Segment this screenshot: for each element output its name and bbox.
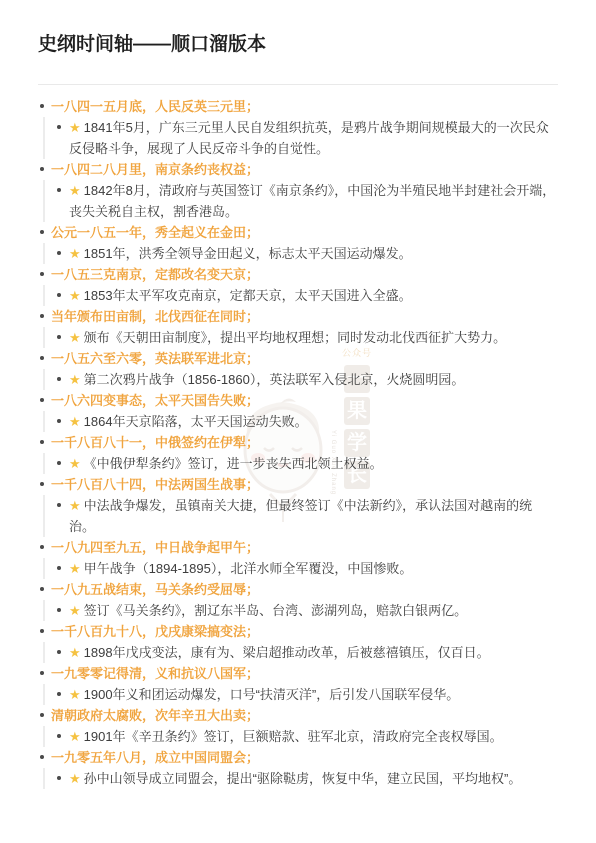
detail-content: ★第二次鸦片战争（1856-1860），英法联军入侵北京，火烧圆明园。 [56,369,558,390]
rhyme-row: 清朝政府太腐败，次年辛丑大出卖； [38,705,558,726]
detail-row: ★1841年5月，广东三元里人民自发组织抗英，是鸦片战争期间规模最大的一次民众反… [43,117,558,159]
detail-row: ★1851年，洪秀全领导金田起义，标志太平天国运动爆发。 [43,243,558,264]
rhyme-row: 当年颁布田亩制，北伐西征在同时； [38,306,558,327]
bullet-icon [57,419,61,423]
document-page: 公众号 一果学长 Yi Guo Xue Zhang 史纲时间轴——顺口溜版本 一… [0,0,596,843]
star-icon: ★ [69,498,81,513]
detail-text: 1898年戊戌变法，康有为、梁启超推动改革，后被慈禧镇压，仅百日。 [84,645,490,660]
detail-content: ★颁布《天朝田亩制度》，提出平均地权理想；同时发动北伐西征扩大势力。 [56,327,558,348]
bullet-icon [57,692,61,696]
divider [38,84,558,85]
bullet-icon [57,776,61,780]
rhyme-text: 一千八百八十四，中法两国生战事； [51,477,259,492]
detail-content: ★中法战争爆发，虽镇南关大捷，但最终签订《中法新约》，承认法国对越南的统治。 [56,495,558,537]
timeline-item: 一千八百八十四，中法两国生战事； ★中法战争爆发，虽镇南关大捷，但最终签订《中法… [38,474,558,537]
detail-content: ★甲午战争（1894-1895），北洋水师全军覆没，中国惨败。 [56,558,558,579]
star-icon: ★ [69,603,81,618]
rhyme-text: 一八九五战结束，马关条约受屈辱； [51,582,259,597]
star-icon: ★ [69,561,81,576]
rhyme-row: 一八六四变事态，太平天国告失败； [38,390,558,411]
bullet-icon [57,251,61,255]
bullet-icon [40,167,44,171]
detail-row: ★1900年义和团运动爆发，口号“扶清灭洋”，后引发八国联军侵华。 [43,684,558,705]
timeline-item: 一九零零记得清，义和抗议八国军； ★1900年义和团运动爆发，口号“扶清灭洋”，… [38,663,558,705]
detail-content: ★1900年义和团运动爆发，口号“扶清灭洋”，后引发八国联军侵华。 [56,684,558,705]
timeline-list: 一八四一五月底，人民反英三元里； ★1841年5月，广东三元里人民自发组织抗英，… [38,96,558,789]
rhyme-row: 一八九五战结束，马关条约受屈辱； [38,579,558,600]
timeline-item: 一八五三克南京，定都改名变天京； ★1853年太平军攻克南京，定都天京，太平天国… [38,264,558,306]
bullet-icon [57,608,61,612]
detail-row: ★1842年8月，清政府与英国签订《南京条约》，中国沦为半殖民地半封建社会开端，… [43,180,558,222]
detail-text: 中法战争爆发，虽镇南关大捷，但最终签订《中法新约》，承认法国对越南的统治。 [69,498,532,534]
timeline-item: 公元一八五一年，秀全起义在金田； ★1851年，洪秀全领导金田起义，标志太平天国… [38,222,558,264]
timeline-item: 一九零五年八月，成立中国同盟会； ★孙中山领导成立同盟会，提出“驱除鞑虏，恢复中… [38,747,558,789]
detail-text: 签订《马关条约》，割辽东半岛、台湾、澎湖列岛，赔款白银两亿。 [84,603,468,618]
page-title: 史纲时间轴——顺口溜版本 [38,32,558,58]
detail-text: 甲午战争（1894-1895），北洋水师全军覆没，中国惨败。 [84,561,413,576]
bullet-icon [40,272,44,276]
detail-content: ★1851年，洪秀全领导金田起义，标志太平天国运动爆发。 [56,243,558,264]
star-icon: ★ [69,645,81,660]
star-icon: ★ [69,288,81,303]
detail-content: ★1898年戊戌变法，康有为、梁启超推动改革，后被慈禧镇压，仅百日。 [56,642,558,663]
rhyme-text: 一九零五年八月，成立中国同盟会； [51,750,259,765]
rhyme-row: 一九零零记得清，义和抗议八国军； [38,663,558,684]
star-icon: ★ [69,246,81,261]
detail-text: 1900年义和团运动爆发，口号“扶清灭洋”，后引发八国联军侵华。 [84,687,460,702]
rhyme-text: 一九零零记得清，义和抗议八国军； [51,666,259,681]
bullet-icon [40,713,44,717]
timeline-item: 清朝政府太腐败，次年辛丑大出卖； ★1901年《辛丑条约》签订，巨额赔款、驻军北… [38,705,558,747]
bullet-icon [40,671,44,675]
detail-row: ★《中俄伊犁条约》签订，进一步丧失西北领土权益。 [43,453,558,474]
rhyme-row: 一千八百八十一，中俄签约在伊犁； [38,432,558,453]
detail-text: 颁布《天朝田亩制度》，提出平均地权理想；同时发动北伐西征扩大势力。 [84,330,507,345]
timeline-item: 一八四一五月底，人民反英三元里； ★1841年5月，广东三元里人民自发组织抗英，… [38,96,558,159]
rhyme-row: 一八四二八月里，南京条约丧权益； [38,159,558,180]
detail-text: 1841年5月，广东三元里人民自发组织抗英，是鸦片战争期间规模最大的一次民众反侵… [69,120,549,156]
detail-content: ★1842年8月，清政府与英国签订《南京条约》，中国沦为半殖民地半封建社会开端，… [56,180,558,222]
detail-text: 1901年《辛丑条约》签订，巨额赔款、驻军北京，清政府完全丧权辱国。 [84,729,503,744]
detail-row: ★1864年天京陷落，太平天国运动失败。 [43,411,558,432]
timeline-item: 一八四二八月里，南京条约丧权益； ★1842年8月，清政府与英国签订《南京条约》… [38,159,558,222]
timeline-item: 一千八百八十一，中俄签约在伊犁； ★《中俄伊犁条约》签订，进一步丧失西北领土权益… [38,432,558,474]
bullet-icon [40,104,44,108]
detail-row: ★1853年太平军攻克南京，定都天京，太平天国进入全盛。 [43,285,558,306]
bullet-icon [57,461,61,465]
star-icon: ★ [69,456,81,471]
star-icon: ★ [69,414,81,429]
detail-text: 1842年8月，清政府与英国签订《南京条约》，中国沦为半殖民地半封建社会开端，丧… [69,183,555,219]
rhyme-text: 一八四一五月底，人民反英三元里； [51,99,259,114]
detail-text: 第二次鸦片战争（1856-1860），英法联军入侵北京，火烧圆明园。 [84,372,465,387]
detail-row: ★颁布《天朝田亩制度》，提出平均地权理想；同时发动北伐西征扩大势力。 [43,327,558,348]
bullet-icon [57,188,61,192]
detail-content: ★1841年5月，广东三元里人民自发组织抗英，是鸦片战争期间规模最大的一次民众反… [56,117,558,159]
timeline-item: 当年颁布田亩制，北伐西征在同时； ★颁布《天朝田亩制度》，提出平均地权理想；同时… [38,306,558,348]
rhyme-text: 公元一八五一年，秀全起义在金田； [51,225,259,240]
bullet-icon [40,755,44,759]
detail-text: 1851年，洪秀全领导金田起义，标志太平天国运动爆发。 [84,246,412,261]
star-icon: ★ [69,120,81,135]
bullet-icon [40,629,44,633]
rhyme-text: 当年颁布田亩制，北伐西征在同时； [51,309,259,324]
document-content: 史纲时间轴——顺口溜版本 一八四一五月底，人民反英三元里； ★1841年5月，广… [0,0,596,789]
detail-row: ★孙中山领导成立同盟会，提出“驱除鞑虏，恢复中华，建立民国，平均地权”。 [43,768,558,789]
detail-row: ★第二次鸦片战争（1856-1860），英法联军入侵北京，火烧圆明园。 [43,369,558,390]
bullet-icon [57,335,61,339]
detail-content: ★1864年天京陷落，太平天国运动失败。 [56,411,558,432]
detail-content: ★1901年《辛丑条约》签订，巨额赔款、驻军北京，清政府完全丧权辱国。 [56,726,558,747]
rhyme-row: 公元一八五一年，秀全起义在金田； [38,222,558,243]
star-icon: ★ [69,330,81,345]
rhyme-text: 清朝政府太腐败，次年辛丑大出卖； [51,708,259,723]
bullet-icon [40,314,44,318]
star-icon: ★ [69,183,81,198]
detail-text: 孙中山领导成立同盟会，提出“驱除鞑虏，恢复中华，建立民国，平均地权”。 [84,771,522,786]
star-icon: ★ [69,372,81,387]
bullet-icon [40,482,44,486]
bullet-icon [40,356,44,360]
bullet-icon [57,503,61,507]
timeline-item: 一八五六至六零，英法联军进北京； ★第二次鸦片战争（1856-1860），英法联… [38,348,558,390]
rhyme-row: 一八四一五月底，人民反英三元里； [38,96,558,117]
bullet-icon [57,293,61,297]
rhyme-row: 一八九四至九五，中日战争起甲午； [38,537,558,558]
detail-content: ★《中俄伊犁条约》签订，进一步丧失西北领土权益。 [56,453,558,474]
timeline-item: 一八六四变事态，太平天国告失败； ★1864年天京陷落，太平天国运动失败。 [38,390,558,432]
rhyme-text: 一八五六至六零，英法联军进北京； [51,351,259,366]
bullet-icon [57,734,61,738]
bullet-icon [57,125,61,129]
rhyme-row: 一千八百九十八，戊戌康梁搞变法； [38,621,558,642]
bullet-icon [40,398,44,402]
detail-content: ★孙中山领导成立同盟会，提出“驱除鞑虏，恢复中华，建立民国，平均地权”。 [56,768,558,789]
rhyme-text: 一千八百九十八，戊戌康梁搞变法； [51,624,259,639]
bullet-icon [57,566,61,570]
rhyme-text: 一八五三克南京，定都改名变天京； [51,267,259,282]
detail-content: ★签订《马关条约》，割辽东半岛、台湾、澎湖列岛，赔款白银两亿。 [56,600,558,621]
bullet-icon [40,587,44,591]
rhyme-text: 一千八百八十一，中俄签约在伊犁； [51,435,259,450]
timeline-item: 一八九四至九五，中日战争起甲午； ★甲午战争（1894-1895），北洋水师全军… [38,537,558,579]
detail-row: ★甲午战争（1894-1895），北洋水师全军覆没，中国惨败。 [43,558,558,579]
rhyme-row: 一千八百八十四，中法两国生战事； [38,474,558,495]
detail-content: ★1853年太平军攻克南京，定都天京，太平天国进入全盛。 [56,285,558,306]
detail-row: ★1898年戊戌变法，康有为、梁启超推动改革，后被慈禧镇压，仅百日。 [43,642,558,663]
bullet-icon [57,650,61,654]
rhyme-row: 一八五三克南京，定都改名变天京； [38,264,558,285]
rhyme-text: 一八六四变事态，太平天国告失败； [51,393,259,408]
detail-row: ★1901年《辛丑条约》签订，巨额赔款、驻军北京，清政府完全丧权辱国。 [43,726,558,747]
rhyme-text: 一八九四至九五，中日战争起甲午； [51,540,259,555]
detail-text: 1864年天京陷落，太平天国运动失败。 [84,414,308,429]
timeline-item: 一千八百九十八，戊戌康梁搞变法； ★1898年戊戌变法，康有为、梁启超推动改革，… [38,621,558,663]
detail-text: 《中俄伊犁条约》签订，进一步丧失西北领土权益。 [84,456,383,471]
timeline-item: 一八九五战结束，马关条约受屈辱； ★签订《马关条约》，割辽东半岛、台湾、澎湖列岛… [38,579,558,621]
bullet-icon [40,545,44,549]
bullet-icon [40,230,44,234]
star-icon: ★ [69,729,81,744]
star-icon: ★ [69,771,81,786]
detail-row: ★中法战争爆发，虽镇南关大捷，但最终签订《中法新约》，承认法国对越南的统治。 [43,495,558,537]
rhyme-text: 一八四二八月里，南京条约丧权益； [51,162,259,177]
detail-text: 1853年太平军攻克南京，定都天京，太平天国进入全盛。 [84,288,412,303]
bullet-icon [40,440,44,444]
detail-row: ★签订《马关条约》，割辽东半岛、台湾、澎湖列岛，赔款白银两亿。 [43,600,558,621]
bullet-icon [57,377,61,381]
rhyme-row: 一八五六至六零，英法联军进北京； [38,348,558,369]
rhyme-row: 一九零五年八月，成立中国同盟会； [38,747,558,768]
star-icon: ★ [69,687,81,702]
